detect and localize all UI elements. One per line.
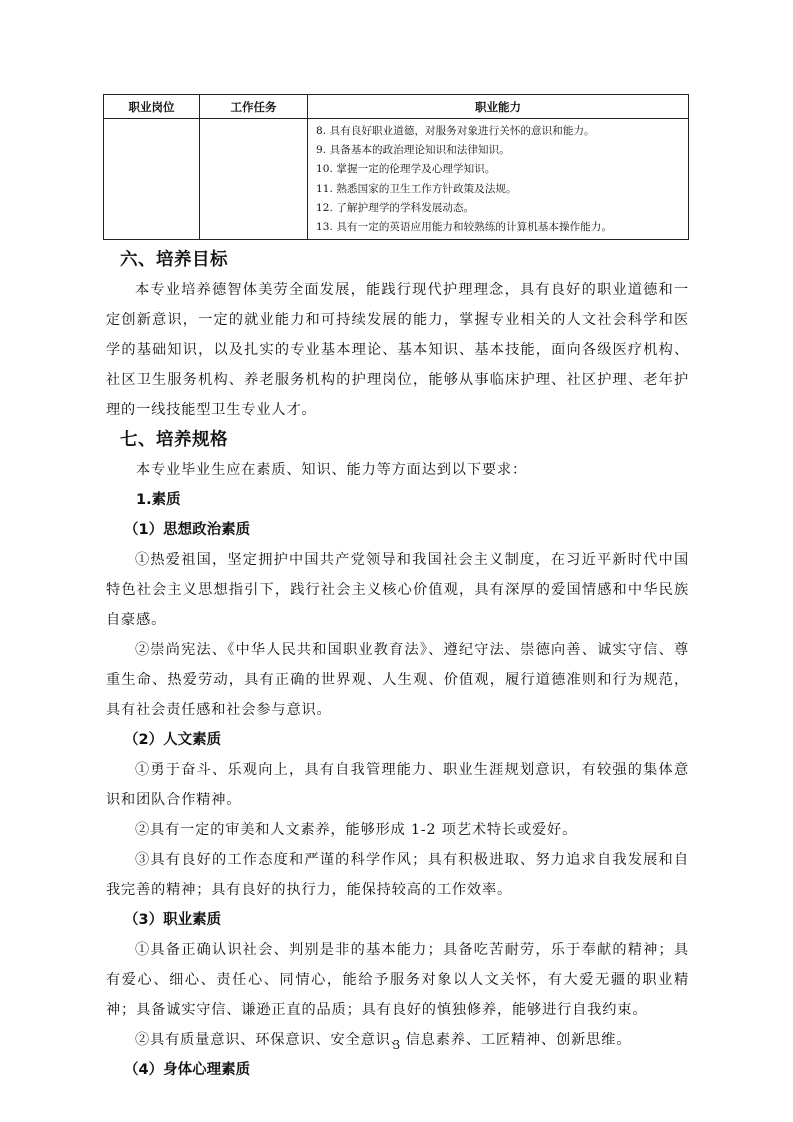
cell-task bbox=[200, 119, 308, 240]
ability-item: 9. 具备基本的政治理论知识和法律知识。 bbox=[316, 141, 688, 160]
ability-item: 12. 了解护理学的学科发展动态。 bbox=[316, 199, 688, 218]
group-item: ①勇于奋斗、乐观向上，具有自我管理能力、职业生涯规划意识，有较强的集体意识和团队… bbox=[106, 755, 689, 815]
ability-item: 13. 具有一定的英语应用能力和较熟练的计算机基本操作能力。 bbox=[316, 218, 688, 237]
ability-item: 8. 具有良好职业道德，对服务对象进行关怀的意识和能力。 bbox=[316, 122, 688, 141]
ability-item: 11. 熟悉国家的卫生工作方针政策及法规。 bbox=[316, 180, 688, 199]
cell-abilities: 8. 具有良好职业道德，对服务对象进行关怀的意识和能力。 9. 具备基本的政治理… bbox=[308, 119, 689, 240]
group-heading-professional: （3）职业素质 bbox=[106, 905, 689, 935]
header-career-position: 职业岗位 bbox=[104, 95, 200, 119]
group-heading-physical-mental: （4）身体心理素质 bbox=[106, 1055, 689, 1085]
group-heading-political: （1）思想政治素质 bbox=[106, 515, 689, 545]
group-item: ②崇尚宪法、《中华人民共和国职业教育法》、遵纪守法、崇德向善、诚实守信、尊重生命… bbox=[106, 635, 689, 725]
career-ability-table: 职业岗位 工作任务 职业能力 8. 具有良好职业道德，对服务对象进行关怀的意识和… bbox=[103, 94, 689, 240]
group-item: ②具有一定的审美和人文素养，能够形成 1-2 项艺术特长或爱好。 bbox=[106, 815, 689, 845]
group-heading-humanities: （2）人文素质 bbox=[106, 725, 689, 755]
header-career-ability: 职业能力 bbox=[308, 95, 689, 119]
group-item: ③具有良好的工作态度和严谨的科学作风；具有积极进取、努力追求自我发展和自我完善的… bbox=[106, 845, 689, 905]
training-goal-paragraph: 本专业培养德智体美劳全面发展，能践行现代护理理念，具有良好的职业道德和一定创新意… bbox=[106, 275, 689, 425]
group-item: ①热爱祖国，坚定拥护中国共产党领导和我国社会主义制度，在习近平新时代中国特色社会… bbox=[106, 545, 689, 635]
group-item: ①具备正确认识社会、判别是非的基本能力；具备吃苦耐劳，乐于奉献的精神；具有爱心、… bbox=[106, 935, 689, 1025]
document-page: 职业岗位 工作任务 职业能力 8. 具有良好职业道德，对服务对象进行关怀的意识和… bbox=[0, 0, 793, 1122]
section-7-heading: 七、培养规格 bbox=[106, 425, 689, 455]
page-number: 3 bbox=[0, 1038, 793, 1052]
body-text: 六、培养目标 本专业培养德智体美劳全面发展，能践行现代护理理念，具有良好的职业道… bbox=[106, 245, 689, 1085]
section-7-intro: 本专业毕业生应在素质、知识、能力等方面达到以下要求： bbox=[106, 455, 689, 485]
table-row: 8. 具有良好职业道德，对服务对象进行关怀的意识和能力。 9. 具备基本的政治理… bbox=[104, 119, 689, 240]
ability-item: 10. 掌握一定的伦理学及心理学知识。 bbox=[316, 160, 688, 179]
subsection-quality-heading: 1.素质 bbox=[106, 485, 689, 515]
section-6-heading: 六、培养目标 bbox=[106, 245, 689, 275]
table-header-row: 职业岗位 工作任务 职业能力 bbox=[104, 95, 689, 119]
cell-position bbox=[104, 119, 200, 240]
header-work-task: 工作任务 bbox=[200, 95, 308, 119]
